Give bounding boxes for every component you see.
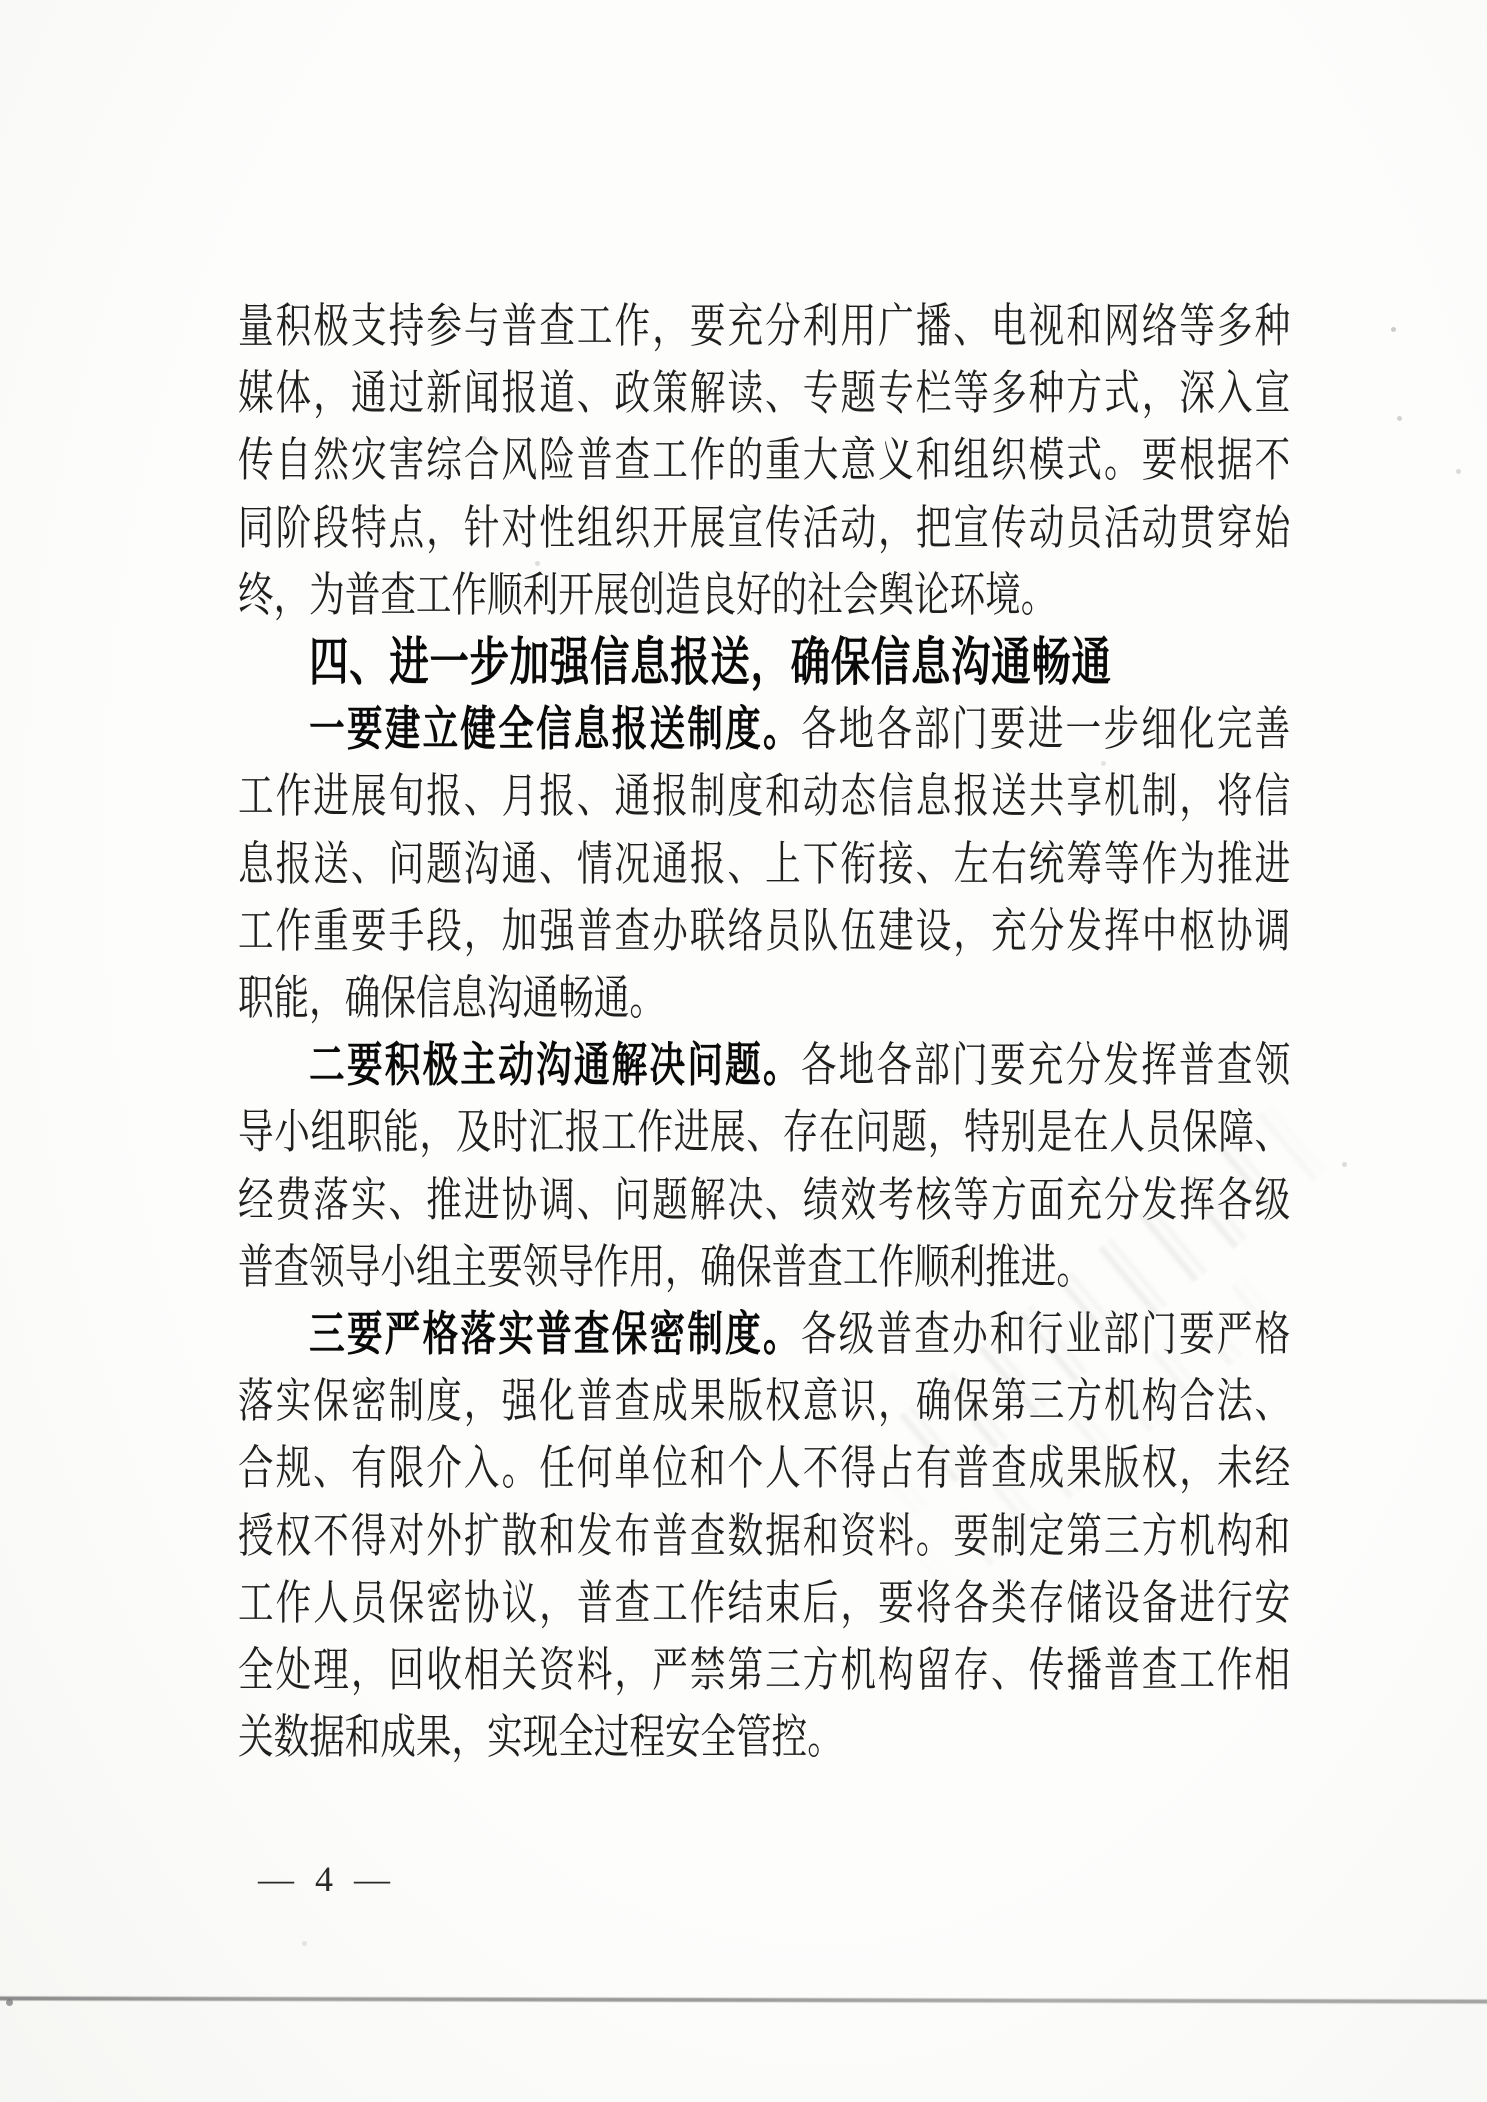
bold-text: 一要建立健全信息报送制度。 — [309, 704, 801, 756]
text-line: 一要建立健全信息报送制度。各地各部门要进一步细化完善 — [238, 697, 1290, 764]
text-line: 同阶段特点，针对性组织开展宣传活动，把宣传动员活动贯穿始 — [238, 496, 1290, 563]
bottom-scan-line-artifact — [0, 1996, 1487, 2003]
body-text: 各地各部门要进一步细化完善 — [801, 704, 1290, 756]
body-text: 传自然灾害综合风险普查工作的重大意义和组织模式。要根据不 — [238, 435, 1290, 487]
scanned-document-page: { "page": { "number_label": "— 4 —", "co… — [0, 0, 1487, 2102]
text-line: 终，为普查工作顺利开展创造良好的社会舆论环境。 — [238, 563, 1290, 630]
text-line: 工作重要手段，加强普查办联络员队伍建设，充分发挥中枢协调 — [238, 899, 1290, 966]
text-line: 传自然灾害综合风险普查工作的重大意义和组织模式。要根据不 — [238, 428, 1290, 495]
body-text: 工作重要手段，加强普查办联络员队伍建设，充分发挥中枢协调 — [238, 906, 1290, 958]
body-text: 同阶段特点，针对性组织开展宣传活动，把宣传动员活动贯穿始 — [238, 503, 1290, 555]
body-text: 终，为普查工作顺利开展创造良好的社会舆论环境。 — [238, 570, 1056, 622]
text-line: 媒体，通过新闻报道、政策解读、专题专栏等多种方式，深入宣 — [238, 361, 1290, 428]
body-text: 职能，确保信息沟通畅通。 — [238, 973, 665, 1025]
body-text: 导小组职能，及时汇报工作进展、存在问题，特别是在人员保障、 — [238, 1107, 1290, 1159]
text-line: 职能，确保信息沟通畅通。 — [238, 966, 1290, 1033]
body-text: 工作人员保密协议，普查工作结束后，要将各类存储设备进行安 — [238, 1578, 1290, 1630]
text-line: 导小组职能，及时汇报工作进展、存在问题，特别是在人员保障、 — [238, 1100, 1290, 1167]
text-line: 全处理，回收相关资料，严禁第三方机构留存、传播普查工作相 — [238, 1638, 1290, 1705]
section-heading: 四、进一步加强信息报送，确保信息沟通畅通 — [238, 630, 1290, 697]
body-text: 授权不得对外扩散和发布普查数据和资料。要制定第三方机构和 — [238, 1511, 1290, 1563]
scan-speck-artifacts — [0, 0, 3, 3]
text-line: 工作人员保密协议，普查工作结束后，要将各类存储设备进行安 — [238, 1571, 1290, 1638]
body-text: 普查领导小组主要领导作用，确保普查工作顺利推进。 — [238, 1242, 1092, 1294]
body-text: 全处理，回收相关资料，严禁第三方机构留存、传播普查工作相 — [238, 1645, 1290, 1697]
bold-text: 四、进一步加强信息报送，确保信息沟通畅通 — [309, 634, 1111, 692]
text-line: 授权不得对外扩散和发布普查数据和资料。要制定第三方机构和 — [238, 1504, 1290, 1571]
body-text: 媒体，通过新闻报道、政策解读、专题专栏等多种方式，深入宣 — [238, 368, 1290, 420]
bold-text: 二要积极主动沟通解决问题。 — [309, 1040, 801, 1092]
text-line: 关数据和成果，实现全过程安全管控。 — [238, 1705, 1290, 1772]
body-text: 工作进展旬报、月报、通报制度和动态信息报送共享机制，将信 — [238, 771, 1290, 823]
text-line: 工作进展旬报、月报、通报制度和动态信息报送共享机制，将信 — [238, 764, 1290, 831]
text-block: 量积极支持参与普查工作，要充分利用广播、电视和网络等多种媒体，通过新闻报道、政策… — [238, 294, 1290, 1772]
body-text: 量积极支持参与普查工作，要充分利用广播、电视和网络等多种 — [238, 301, 1290, 353]
page-number: — 4 — — [258, 1858, 396, 1900]
body-text: 息报送、问题沟通、情况通报、上下衔接、左右统筹等作为推进 — [238, 839, 1290, 891]
body-text: 关数据和成果，实现全过程安全管控。 — [238, 1712, 843, 1764]
text-line: 量积极支持参与普查工作，要充分利用广播、电视和网络等多种 — [238, 294, 1290, 361]
bold-text: 三要严格落实普查保密制度。 — [309, 1309, 801, 1361]
body-text: 各地各部门要充分发挥普查领 — [801, 1040, 1290, 1092]
text-line: 二要积极主动沟通解决问题。各地各部门要充分发挥普查领 — [238, 1033, 1290, 1100]
body-text: 合规、有限介入。任何单位和个人不得占有普查成果版权，未经 — [238, 1443, 1290, 1495]
text-line: 息报送、问题沟通、情况通报、上下衔接、左右统筹等作为推进 — [238, 832, 1290, 899]
